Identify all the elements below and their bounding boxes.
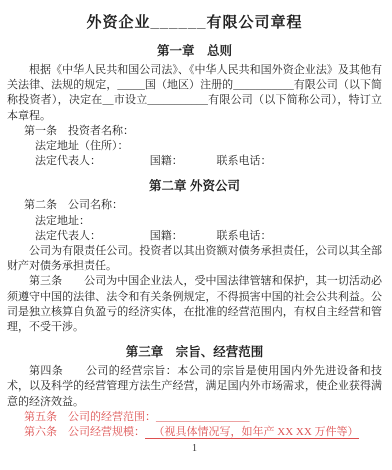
document-title: 外资企业______有限公司章程 — [7, 12, 382, 33]
article-2-title-line: 第二条 公司名称： — [7, 198, 382, 213]
article-4-paragraph: 第四条 公司的经营宗旨：本公司的宗旨是使用国内外先进设备和技术，以及科学的经营管… — [7, 364, 382, 410]
legal-representative-label: 法定代表人： — [35, 230, 101, 242]
article-6-title: 第六条 公司经营规模： — [24, 426, 145, 438]
article-1-address-line: 法定地址（住所）： — [7, 139, 382, 154]
chapter-2-heading: 第二章 外资公司 — [7, 178, 382, 195]
article-2-representative-row: 法定代表人： 国籍： 联系电话： — [7, 229, 382, 244]
page-number: 1 — [7, 441, 382, 456]
article-6-line: 第六条 公司经营规模：（视具体情况写，如年产 XX XX 万件等） — [7, 425, 382, 440]
phone-label: 联系电话： — [217, 230, 272, 242]
article-1-title-line: 第一条 投资者名称： — [7, 124, 382, 139]
nationality-label: 国籍： — [150, 155, 183, 167]
chapter-1-intro-paragraph: 根据《中华人民共和国公司法》、《中华人民共和国外资企业法》及其他有关法律、法规的… — [7, 63, 382, 124]
article-5-line: 第五条 公司的经营范围：_________________ — [7, 410, 382, 425]
chapter-1-heading: 第一章 总则 — [7, 43, 382, 60]
article-3-paragraph: 第三条 公司为中国企业法人，受中国法律管辖和保护，其一切活动必须遵守中国的法律、… — [7, 274, 382, 335]
document-page: 外资企业______有限公司章程 第一章 总则 根据《中华人民共和国公司法》、《… — [0, 0, 392, 470]
chapter-3-heading: 第三章 宗旨、经营范围 — [7, 344, 382, 361]
article-2-address-line: 法定地址： — [7, 214, 382, 229]
phone-label: 联系电话： — [217, 155, 272, 167]
article-5-title: 第五条 公司的经营范围： — [24, 411, 156, 423]
legal-representative-label: 法定代表人： — [35, 155, 101, 167]
article-6-note: （视具体情况写，如年产 XX XX 万件等） — [145, 426, 359, 439]
article-5-blank-line: _________________ — [156, 411, 250, 423]
nationality-label: 国籍： — [150, 230, 183, 242]
liability-paragraph: 公司为有限责任公司。投资者以其出资额对债务承担责任，公司以其全部财产对债务承担责… — [7, 244, 382, 274]
article-1-representative-row: 法定代表人： 国籍： 联系电话： — [7, 154, 382, 169]
